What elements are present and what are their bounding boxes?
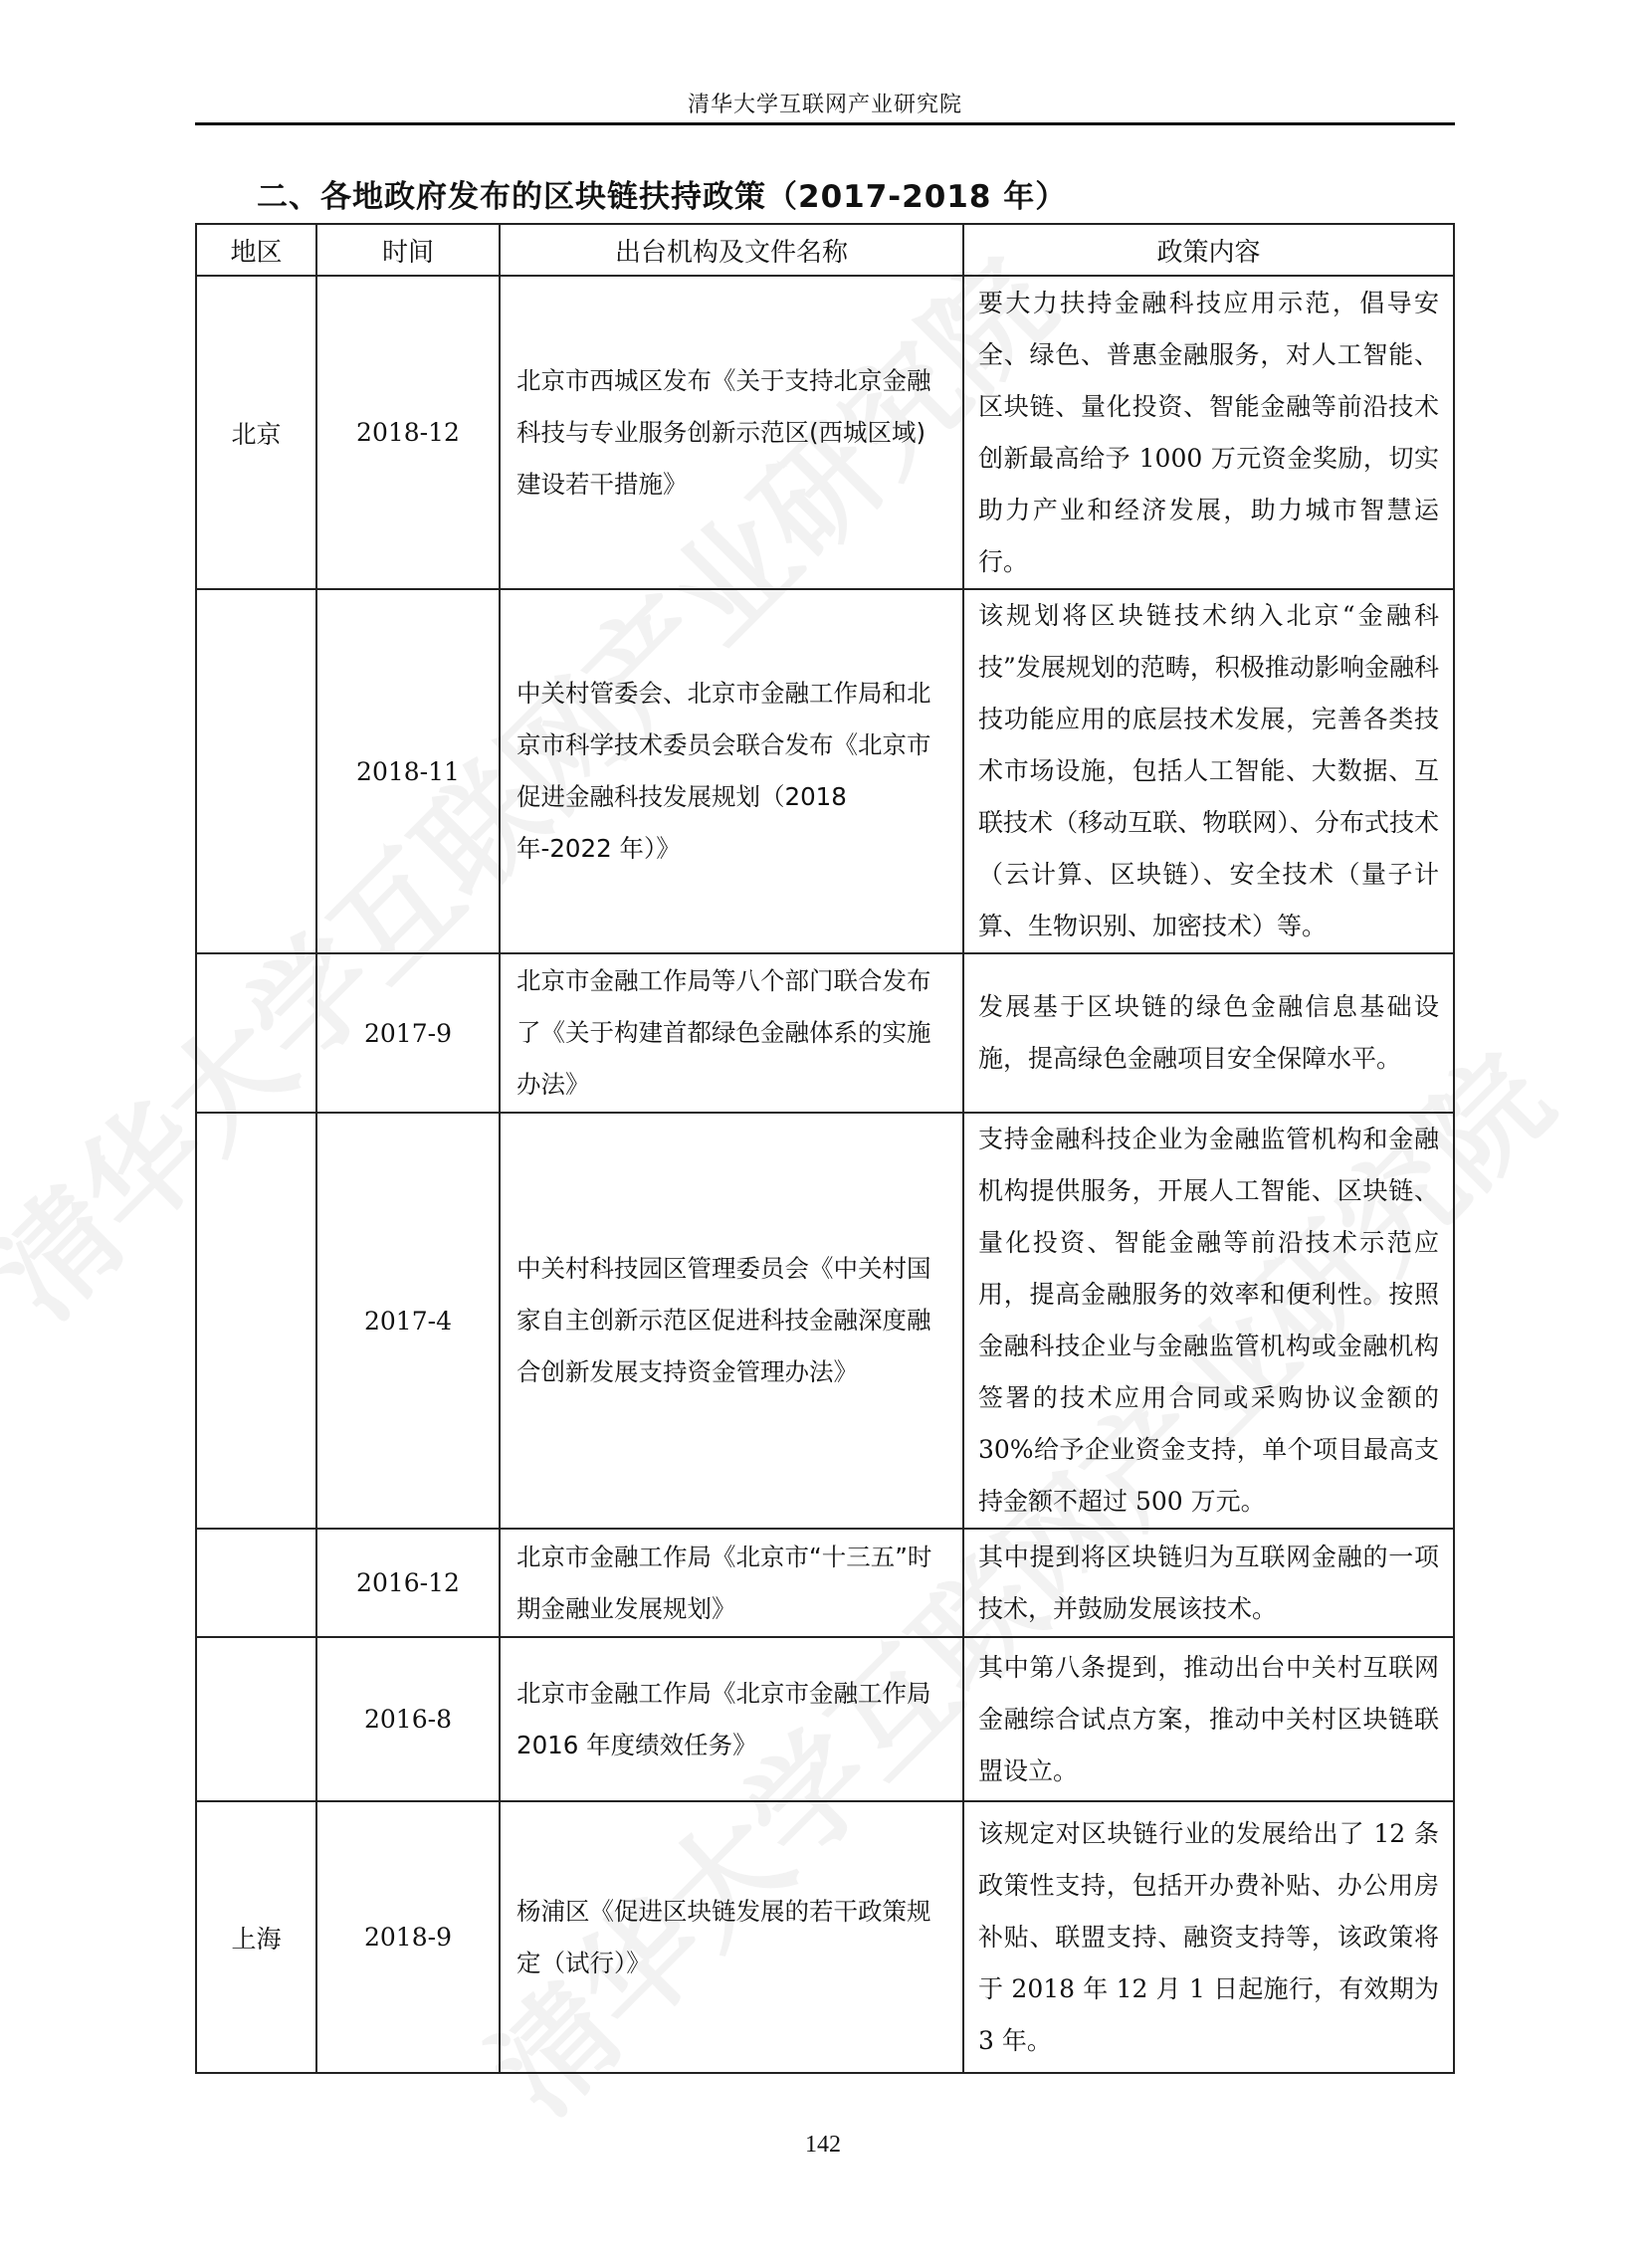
policy-table: 地区 时间 出台机构及文件名称 政策内容 北京 2018-12 北京市西城区发布… bbox=[195, 223, 1455, 2074]
cell-region bbox=[196, 953, 316, 1113]
cell-content: 发展基于区块链的绿色金融信息基础设施，提高绿色金融项目安全保障水平。 bbox=[963, 953, 1454, 1113]
table-row: 2017-9 北京市金融工作局等八个部门联合发布了《关于构建首都绿色金融体系的实… bbox=[196, 953, 1454, 1113]
table-row: 2016-8 北京市金融工作局《北京市金融工作局 2016 年度绩效任务》 其中… bbox=[196, 1637, 1454, 1801]
table-row: 2016-12 北京市金融工作局《北京市“十三五”时期金融业发展规划》 其中提到… bbox=[196, 1529, 1454, 1637]
cell-time: 2017-9 bbox=[316, 953, 500, 1113]
cell-document: 中关村科技园区管理委员会《中关村国家自主创新示范区促进科技金融深度融合创新发展支… bbox=[500, 1113, 963, 1529]
cell-content: 支持金融科技企业为金融监管机构和金融机构提供服务，开展人工智能、区块链、量化投资… bbox=[963, 1113, 1454, 1529]
table-row: 上海 2018-9 杨浦区《促进区块链发展的若干政策规定（试行）》 该规定对区块… bbox=[196, 1801, 1454, 2073]
cell-document: 中关村管委会、北京市金融工作局和北京市科学技术委员会联合发布《北京市促进金融科技… bbox=[500, 589, 963, 953]
header-rule bbox=[195, 122, 1455, 125]
cell-document: 北京市金融工作局等八个部门联合发布了《关于构建首都绿色金融体系的实施办法》 bbox=[500, 953, 963, 1113]
page-number: 142 bbox=[0, 2132, 1646, 2159]
cell-time: 2016-8 bbox=[316, 1637, 500, 1801]
cell-document: 杨浦区《促进区块链发展的若干政策规定（试行）》 bbox=[500, 1801, 963, 2073]
cell-time: 2018-9 bbox=[316, 1801, 500, 2073]
table-header-row: 地区 时间 出台机构及文件名称 政策内容 bbox=[196, 224, 1454, 276]
cell-document: 北京市金融工作局《北京市“十三五”时期金融业发展规划》 bbox=[500, 1529, 963, 1637]
section-title: 二、各地政府发布的区块链扶持政策（2017-2018 年） bbox=[257, 171, 1067, 216]
cell-region bbox=[196, 1529, 316, 1637]
column-header-time: 时间 bbox=[316, 224, 500, 276]
cell-document: 北京市金融工作局《北京市金融工作局 2016 年度绩效任务》 bbox=[500, 1637, 963, 1801]
cell-region bbox=[196, 589, 316, 953]
cell-content: 该规划将区块链技术纳入北京“金融科技”发展规划的范畴，积极推动影响金融科技功能应… bbox=[963, 589, 1454, 953]
cell-document: 北京市西城区发布《关于支持北京金融科技与专业服务创新示范区(西城区域)建设若干措… bbox=[500, 276, 963, 589]
cell-region: 上海 bbox=[196, 1801, 316, 2073]
running-header: 清华大学互联网产业研究院 bbox=[195, 88, 1455, 118]
table-row: 2017-4 中关村科技园区管理委员会《中关村国家自主创新示范区促进科技金融深度… bbox=[196, 1113, 1454, 1529]
cell-content: 其中第八条提到，推动出台中关村互联网金融综合试点方案，推动中关村区块链联盟设立。 bbox=[963, 1637, 1454, 1801]
cell-time: 2016-12 bbox=[316, 1529, 500, 1637]
cell-region bbox=[196, 1637, 316, 1801]
cell-content: 该规定对区块链行业的发展给出了 12 条政策性支持，包括开办费补贴、办公用房补贴… bbox=[963, 1801, 1454, 2073]
cell-time: 2018-12 bbox=[316, 276, 500, 589]
column-header-document: 出台机构及文件名称 bbox=[500, 224, 963, 276]
cell-content: 要大力扶持金融科技应用示范，倡导安全、绿色、普惠金融服务，对人工智能、区块链、量… bbox=[963, 276, 1454, 589]
table-row: 2018-11 中关村管委会、北京市金融工作局和北京市科学技术委员会联合发布《北… bbox=[196, 589, 1454, 953]
column-header-content: 政策内容 bbox=[963, 224, 1454, 276]
table-row: 北京 2018-12 北京市西城区发布《关于支持北京金融科技与专业服务创新示范区… bbox=[196, 276, 1454, 589]
cell-region bbox=[196, 1113, 316, 1529]
column-header-region: 地区 bbox=[196, 224, 316, 276]
cell-region: 北京 bbox=[196, 276, 316, 589]
cell-content: 其中提到将区块链归为互联网金融的一项技术，并鼓励发展该技术。 bbox=[963, 1529, 1454, 1637]
cell-time: 2018-11 bbox=[316, 589, 500, 953]
cell-time: 2017-4 bbox=[316, 1113, 500, 1529]
